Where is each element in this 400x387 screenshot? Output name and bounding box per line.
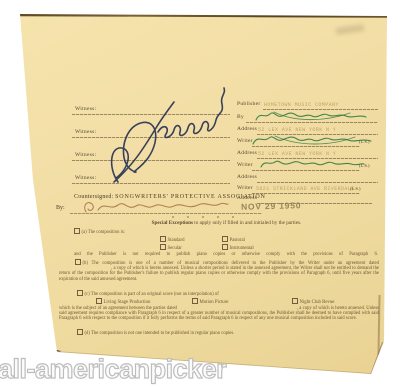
- stamp-dot: [187, 216, 189, 218]
- party-label: Publisher: [237, 101, 260, 107]
- checkbox-icon: [192, 298, 198, 304]
- party-label: Address: [237, 174, 257, 180]
- option-secular: Secular: [160, 244, 182, 251]
- option-pastoral: Pastoral: [222, 236, 245, 243]
- checkbox-icon: [222, 236, 228, 242]
- checkbox-icon: [77, 290, 83, 296]
- stamp-dot: [217, 216, 219, 218]
- signature-writer-2: [257, 156, 367, 172]
- option-label: Secular: [168, 246, 182, 251]
- watermark-text: all-americanpicker: [0, 354, 226, 385]
- option-label: Night Club Revue: [300, 300, 335, 305]
- clause-b: (b) The composition is one of a number o…: [59, 259, 379, 282]
- option-living-stage: Living Stage Production: [96, 298, 150, 305]
- party-label: Writer: [237, 162, 253, 168]
- stamp-dot: [202, 216, 204, 218]
- by-label: By:: [56, 205, 65, 211]
- special-exceptions-heading: Special Exceptions to apply only if fill…: [75, 220, 378, 226]
- clause-d: (d) The composition is not one intended …: [77, 329, 367, 336]
- checkbox-icon: [222, 244, 228, 250]
- clause-a-intro: (a) The composition is:: [74, 228, 274, 235]
- contract-document: Witness: Witness: Witness: Witness: Publ…: [0, 0, 400, 387]
- option-standard: Standard: [160, 236, 185, 243]
- option-label: Standard: [168, 238, 185, 243]
- stamp-dot: [232, 216, 234, 218]
- listing-photo: Witness: Witness: Witness: Witness: Publ…: [0, 0, 400, 387]
- checkbox-icon: [160, 244, 166, 250]
- special-exceptions-title: Special Exceptions: [152, 220, 193, 226]
- checkbox-icon: [75, 259, 81, 265]
- witness-label: Witness:: [75, 175, 96, 181]
- stamp-dot: [172, 216, 174, 218]
- signature-witness-overlay: [106, 70, 230, 188]
- party-label: Writer: [237, 185, 253, 191]
- option-motion-picture: Motion Picture: [192, 298, 228, 305]
- clause-c-body: which is the subject of an agreement bet…: [59, 306, 379, 322]
- option-label: Pastoral: [230, 238, 245, 243]
- checkbox-icon: [74, 228, 80, 234]
- checkbox-icon: [96, 298, 102, 304]
- option-label: Living Stage Production: [104, 300, 151, 305]
- ls-label: (L.S.): [350, 186, 361, 191]
- checkbox-icon: [292, 298, 298, 304]
- signature-association-by: [80, 199, 230, 215]
- witness-label: Witness:: [75, 129, 96, 135]
- clause-a-tail: and the Publisher is not required to pub…: [74, 252, 378, 257]
- clause-c-intro-text: (c) The composition is part of an origin…: [85, 292, 219, 297]
- paper-smudge: [336, 24, 365, 35]
- clause-d-text: (d) The composition is not one intended …: [85, 331, 235, 336]
- witness-label: Witness:: [75, 152, 96, 158]
- option-night-club-revue: Night Club Revue: [292, 298, 334, 305]
- clause-b-text-2: , a copy of which is hereto annexed. Unl…: [59, 266, 379, 281]
- clause-c-intro: (c) The composition is part of an origin…: [77, 290, 357, 297]
- option-label: Instrumental: [230, 246, 254, 251]
- witness-label: Witness:: [75, 106, 96, 112]
- checkbox-icon: [160, 236, 166, 242]
- option-instrumental: Instrumental: [222, 244, 254, 251]
- option-label: Motion Picture: [200, 300, 229, 305]
- party-label: Address: [237, 150, 257, 156]
- paper-top-edge: [18, 12, 390, 17]
- checkbox-icon: [77, 329, 83, 335]
- signature-writer-1: [251, 132, 376, 148]
- clause-a-intro-text: (a) The composition is:: [82, 230, 126, 235]
- special-exceptions-rest: to apply only if filled in and initialed…: [193, 220, 301, 226]
- party-label: By: [237, 114, 244, 120]
- date-stamp: NOV 29 1950: [241, 200, 302, 212]
- signature-publisher-by: [254, 108, 369, 124]
